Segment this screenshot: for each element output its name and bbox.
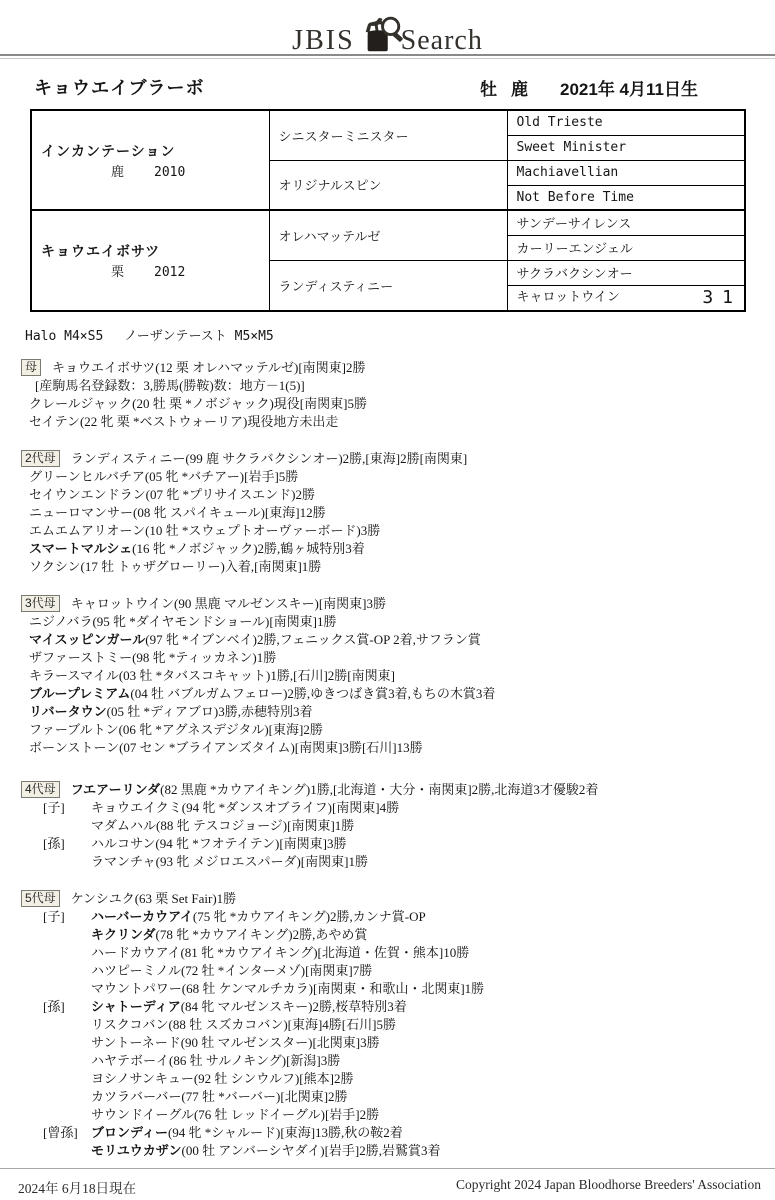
relation-tag: [子] [43,908,65,926]
sire-coat-year: 鹿2010 [111,161,269,180]
horse-record: (81 牝 *カウアイキング)[北海道・佐賀・熊本]10勝 [180,945,469,960]
horse-record: (84 牝 マルゼンスキー)2勝,桜草特別3着 [181,999,407,1014]
pedigree-line: エムエムアリオーン(10 牡 *スウェプトオーヴァーボード)3勝 [21,522,775,540]
horse-name: キラースマイル [29,668,119,683]
generation-section: 4代母フエアーリンダ(82 黒鹿 *カウアイキング)1勝,[北海道・大分・南関東… [21,781,775,871]
generation-section: 5代母ケンシユク(63 栗 Set Fair)1勝[子]ハーバーカウアイ(75 … [21,890,775,1160]
horse-name: カツラバーバー [91,1089,181,1104]
horse-name: ケンシユク [71,891,135,906]
pedigree-line: セイテン(22 牝 栗 *ベストウォーリア)現役地方未出走 [21,413,775,431]
dam-sire-cell: オレハマッテルゼ [269,210,507,260]
pedigree-line: キラースマイル(03 牡 *タバスコキャット)1勝,[石川]2勝[南関東] [21,667,775,685]
horse-record: (90 牡 マルゼンスター)[北関東]3勝 [181,1035,380,1050]
pedigree-details: 母キョウエイボサツ(12 栗 オレハマッテルゼ)[南関東]2勝[産駒馬名登録数：… [0,359,775,1160]
horse-record: (05 牝 *バチアー)[岩手]5勝 [145,469,298,484]
sire-name: インカンテーション [41,141,269,161]
horse-name: ハードカウアイ [91,945,180,960]
generation-section: 母キョウエイボサツ(12 栗 オレハマッテルゼ)[南関東]2勝[産駒馬名登録数：… [21,359,775,431]
pedigree-line: ニューロマンサー(08 牝 スパイキュール)[東海]12勝 [21,504,775,522]
horse-record: (07 セン *ブライアンズタイム)[南関東]3勝[石川]13勝 [119,740,423,755]
horse-record: (76 牡 レッドイーグル)[岩手]2勝 [194,1107,379,1122]
pedigree-line: サントーネード(90 牡 マルゼンスター)[北関東]3勝 [21,1034,775,1052]
horse-name: キョウエイクミ [91,800,182,815]
horse-record: (20 牡 栗 *ノボジャック)現役[南関東]5勝 [132,396,367,411]
pedigree-line: キクリンダ(78 牝 *カウアイキング)2勝,あやめ賞 [21,926,775,944]
horse-name: キクリンダ [91,927,155,942]
sire-dam-cell: オリジナルスピン [269,160,507,210]
horse-name: スマートマルシェ [29,541,132,556]
horse-record: (04 牡 バブルガムフェロー)2勝,ゆきつばき賞3着,もちの木賞3着 [130,686,495,701]
pedigree-line: ソクシン(17 牡 トゥザグローリー)入着,[南関東]1勝 [21,558,775,576]
pedigree-line: ブループレミアム(04 牡 バブルガムフェロー)2勝,ゆきつばき賞3着,もちの木… [21,685,775,703]
horse-name: ハツピーミノル [91,963,181,978]
horse-name: リバータウン [29,704,107,719]
horse-record: (98 牝 *ティッカネン)1勝 [132,650,276,665]
horse-name: ニジノバラ [29,614,92,629]
horse-record: (90 黒鹿 マルゼンスキー)[南関東]3勝 [174,596,386,611]
dam-dam-sire-cell: サクラバクシンオー [507,260,745,285]
horse-record: (63 栗 Set Fair)1勝 [135,891,236,906]
pedigree-line: スマートマルシェ(16 牝 *ノボジャック)2勝,鶴ヶ城特別3着 [21,540,775,558]
header: JBIS Search [0,0,775,54]
dam-coat-year: 栗2012 [111,261,269,280]
as-of-date: 2024年 6月18日現在 [18,1177,136,1197]
inbreeding-line: Halo M4×S5 ノーザンテースト M5×M5 [25,325,775,344]
horse-record: (93 牝 メジロエスパーダ)[南関東]1勝 [156,854,368,869]
horse-name: ボーンストーン [29,740,119,755]
sire-sire-cell: シニスターミニスター [269,110,507,160]
pedigree-line: ハヤテボーイ(86 牡 サルノキング)[新潟]3勝 [21,1052,775,1070]
pedigree-line: マウントパワー(68 牡 ケンマルチカラ)[南関東・和歌山・北関東]1勝 [21,980,775,998]
pedigree-line: [子]キョウエイクミ(94 牝 *ダンスオブライフ)[南関東]4勝 [21,799,775,817]
pedigree-line: 2代母ランディスティニー(99 鹿 サクラバクシンオー)2勝,[東海]2勝[南関… [21,450,775,468]
horse-record: (00 牡 アンバーシヤダイ)[岩手]2勝,岩鷲賞3着 [181,1143,440,1158]
horse-record: (22 牝 栗 *ベストウォーリア)現役地方未出走 [80,414,338,429]
horse-record: (78 牝 *カウアイキング)2勝,あやめ賞 [155,927,367,942]
horse-record: (75 牝 *カウアイキング)2勝,カンナ賞-OP [193,909,426,924]
pedigree-line: ハツピーミノル(72 牡 *インターメゾ)[南関東]7勝 [21,962,775,980]
title-row: キョウエイブラーボ 牡鹿2021年 4月11日生 [34,74,751,102]
relation-tag: [孫] [43,835,65,853]
relation-tag: [子] [43,799,65,817]
horse-record: (03 牡 *タバスコキャット)1勝,[石川]2勝[南関東] [119,668,395,683]
pedigree-line: 5代母ケンシユク(63 栗 Set Fair)1勝 [21,890,775,908]
horse-name: ハルコサン [91,836,155,851]
horse-name: ハヤテボーイ [91,1053,169,1068]
relation-tag: [孫] [43,998,65,1016]
horse-record: (77 牡 *バーバー)[北関東]2勝 [181,1089,347,1104]
sire-dam-sire-cell: Machiavellian [507,160,745,185]
coat-label: 鹿 [511,80,528,99]
pedigree-line: 母キョウエイボサツ(12 栗 オレハマッテルゼ)[南関東]2勝 [21,359,775,377]
sire-sire-dam-cell: Sweet Minister [507,135,745,160]
jbis-logo: JBIS Search [292,13,483,54]
horse-record: (72 牡 *インターメゾ)[南関東]7勝 [181,963,372,978]
pedigree-line: ボーンストーン(07 セン *ブライアンズタイム)[南関東]3勝[石川]13勝 [21,739,775,757]
pedigree-line: サウンドイーグル(76 牡 レッドイーグル)[岩手]2勝 [21,1106,775,1124]
pedigree-line: リバータウン(05 牡 *ディアブロ)3勝,赤穂特別3着 [21,703,775,721]
horse-record: (92 牡 シンウルフ)[熊本]2勝 [194,1071,354,1086]
horse-name: ヨシノサンキュー [91,1071,194,1086]
pedigree-line: カツラバーバー(77 牡 *バーバー)[北関東]2勝 [21,1088,775,1106]
horse-magnifier-icon [359,13,405,57]
sire-sire-sire-cell: Old Trieste [507,110,745,135]
pedigree-line: ファーブルトン(06 牝 *アグネスデジタル)[東海]2勝 [21,721,775,739]
dam-dam-cell: ランディスティニー [269,260,507,311]
horse-record: (08 牝 スパイキュール)[東海]12勝 [133,505,326,520]
pedigree-table: インカンテーション 鹿2010 シニスターミニスター Old Trieste S… [30,109,746,312]
generation-section: 2代母ランディスティニー(99 鹿 サクラバクシンオー)2勝,[東海]2勝[南関… [21,450,775,576]
pedigree-line: [曾孫]ブロンディー(94 牝 *シャルード)[東海]13勝,秋の鞍2着 [21,1124,775,1142]
horse-name: ファーブルトン [29,722,119,737]
horse-record: (10 牡 *スウェプトオーヴァーボード)3勝 [145,523,380,538]
pedigree-line: ザファーストミー(98 牝 *ティッカネン)1勝 [21,649,775,667]
pedigree-line: [孫]シャトーディア(84 牝 マルゼンスキー)2勝,桜草特別3着 [21,998,775,1016]
dam-name: キョウエイボサツ [41,241,269,261]
pedigree-line: リスクコバン(88 牡 スズカコバン)[東海]4勝[石川]5勝 [21,1016,775,1034]
horse-name: ザファーストミー [29,650,132,665]
pedigree-line: 4代母フエアーリンダ(82 黒鹿 *カウアイキング)1勝,[北海道・大分・南関東… [21,781,775,799]
horse-record: (82 黒鹿 *カウアイキング)1勝,[北海道・大分・南関東]2勝,北海道3才優… [160,782,598,797]
horse-record: (97 牝 *イブンベイ)2勝,フェニックス賞-OP 2着,サフラン賞 [145,632,481,647]
horse-name: クレールジャック [29,396,132,411]
pedigree-line: マイスッピンガール(97 牝 *イブンベイ)2勝,フェニックス賞-OP 2着,サ… [21,631,775,649]
horse-name: ニューロマンサー [29,505,133,520]
horse-name: キョウエイボサツ [52,360,155,375]
pedigree-line: ニジノバラ(95 牝 *ダイヤモンドショール)[南関東]1勝 [21,613,775,631]
pedigree-line: [孫]ハルコサン(94 牝 *フオテイテン)[南関東]3勝 [21,835,775,853]
horse-record: (94 牝 *ダンスオブライフ)[南関東]4勝 [182,800,399,815]
pedigree-line: ラマンチャ(93 牝 メジロエスパーダ)[南関東]1勝 [21,853,775,871]
logo-search-text: Search [401,28,483,54]
pedigree-line: セイウンエンドラン(07 牝 *プリサイスエンド)2勝 [21,486,775,504]
horse-record: (16 牝 *ノボジャック)2勝,鶴ヶ城特別3着 [132,541,365,556]
pedigree-line: [子]ハーバーカウアイ(75 牝 *カウアイキング)2勝,カンナ賞-OP [21,908,775,926]
sire-dam-dam-cell: Not Before Time [507,185,745,210]
sex-label: 牡 [480,80,497,99]
sex-birth-info: 牡鹿2021年 4月11日生 [480,75,698,100]
horse-record: [産駒馬名登録数：3,勝馬(勝鞍)数：地方－1(5)] [35,378,305,393]
footer-divider [0,1168,775,1169]
horse-name: シャトーディア [91,999,181,1014]
horse-record: (05 牡 *ディアブロ)3勝,赤穂特別3着 [107,704,313,719]
dam-sire-sire-cell: サンデーサイレンス [507,210,745,235]
generation-label: 2代母 [21,450,60,467]
birthdate-label: 2021年 4月11日生 [560,80,698,99]
horse-name: マイスッピンガール [29,632,145,647]
horse-name: リスクコバン [91,1017,168,1032]
horse-name: ランディスティニー [71,451,186,466]
horse-name: グリーンヒルバチア [29,469,145,484]
pedigree-line: 3代母キャロットウイン(90 黒鹿 マルゼンスキー)[南関東]3勝 [21,595,775,613]
dam-cell: キョウエイボサツ 栗2012 [31,210,269,311]
generation-label: 母 [21,359,41,376]
horse-name: マダムハル [91,818,156,833]
generation-section: 3代母キャロットウイン(90 黒鹿 マルゼンスキー)[南関東]3勝ニジノバラ(9… [21,595,775,757]
horse-record: (94 牝 *シャルード)[東海]13勝,秋の鞍2着 [168,1125,403,1140]
horse-record: (88 牝 テスコジョージ)[南関東]1勝 [156,818,354,833]
horse-record: (88 牡 スズカコバン)[東海]4勝[石川]5勝 [168,1017,395,1032]
horse-name: モリユウカザン [91,1143,181,1158]
horse-name: ブロンディー [91,1125,168,1140]
generation-label: 4代母 [21,781,60,798]
logo-jbis-text: JBIS [292,28,354,54]
horse-record: (07 牝 *プリサイスエンド)2勝 [146,487,315,502]
horse-name: ソクシン [29,559,81,574]
pedigree-line: マダムハル(88 牝 テスコジョージ)[南関東]1勝 [21,817,775,835]
horse-name: ブループレミアム [29,686,130,701]
horse-name: セイウンエンドラン [29,487,146,502]
horse-name: サウンドイーグル [91,1107,194,1122]
generation-label: 5代母 [21,890,60,907]
page-title: キョウエイブラーボ [34,78,204,98]
horse-name: ラマンチャ [91,854,156,869]
horse-record: (17 牡 トゥザグローリー)入着,[南関東]1勝 [81,559,322,574]
footer: 2024年 6月18日現在 Copyright 2024 Japan Blood… [18,1177,761,1197]
copyright-text: Copyright 2024 Japan Bloodhorse Breeders… [456,1177,761,1197]
pedigree-line: ヨシノサンキュー(92 牡 シンウルフ)[熊本]2勝 [21,1070,775,1088]
pedigree-line: ハードカウアイ(81 牝 *カウアイキング)[北海道・佐賀・熊本]10勝 [21,944,775,962]
horse-record: (06 牝 *アグネスデジタル)[東海]2勝 [119,722,323,737]
horse-record: (12 栗 オレハマッテルゼ)[南関東]2勝 [155,360,365,375]
horse-record: (99 鹿 サクラバクシンオー)2勝,[東海]2勝[南関東] [185,451,467,466]
pedigree-line: モリユウカザン(00 牡 アンバーシヤダイ)[岩手]2勝,岩鷲賞3着 [21,1142,775,1160]
horse-name: マウントパワー [91,981,182,996]
horse-record: (68 牡 ケンマルチカラ)[南関東・和歌山・北関東]1勝 [182,981,484,996]
pedigree-line: グリーンヒルバチア(05 牝 *バチアー)[岩手]5勝 [21,468,775,486]
generation-label: 3代母 [21,595,60,612]
dam-sire-dam-cell: カーリーエンジェル [507,235,745,260]
horse-name: フエアーリンダ [71,782,160,797]
dam-dam-dam-cell: 31キャロットウイン [507,285,745,311]
horse-record: (95 牝 *ダイヤモンドショール)[南関東]1勝 [92,614,336,629]
pedigree-line: [産駒馬名登録数：3,勝馬(勝鞍)数：地方－1(5)] [21,377,775,395]
horse-name: サントーネード [91,1035,181,1050]
sire-cell: インカンテーション 鹿2010 [31,110,269,210]
horse-name: エムエムアリオーン [29,523,145,538]
pedigree-line: クレールジャック(20 牡 栗 *ノボジャック)現役[南関東]5勝 [21,395,775,413]
horse-record: (94 牝 *フオテイテン)[南関東]3勝 [155,836,346,851]
horse-name: セイテン [29,414,80,429]
page-number: 31 [702,286,742,310]
horse-name: キャロットウイン [71,596,174,611]
horse-name: ハーバーカウアイ [91,909,193,924]
relation-tag: [曾孫] [43,1124,78,1142]
horse-record: (86 牡 サルノキング)[新潟]3勝 [169,1053,340,1068]
